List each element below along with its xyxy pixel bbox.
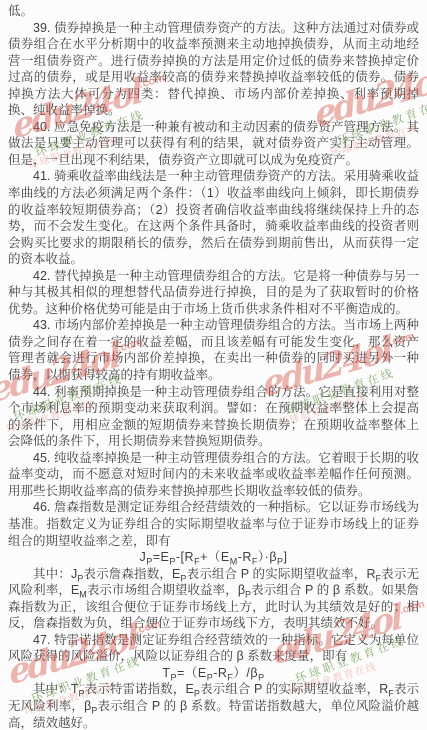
- paragraph-45-pure-yield-swap: 45. 纯收益率掉换是一种主动管理债券组合的方法。它着眼于长期的收益率变动，而不…: [8, 450, 419, 500]
- paragraph-41-riding-yield-curve: 41. 骑乘收益率曲线法是一种主动管理债券资产的方法。采用骑乘收益率曲线的方法必…: [8, 168, 419, 267]
- treynor-index-formula: TP=（EP-RF）/βP: [8, 665, 419, 682]
- paragraph-47-treynor-notes: 其中：TP表示特雷诺指数，EP表示组合 P 的实际期望收益率，RF表示无风险利率…: [8, 681, 419, 730]
- paragraph-39-bond-swap: 39. 债券掉换是一种主动管理债券资产的方法。这种方法通过对债券或债券组合在水平…: [8, 20, 419, 119]
- jensen-index-formula: JP=EP-[RF+（EM-RF）·βP]: [8, 549, 419, 566]
- paragraph-43-intermarket-spread-swap: 43. 市场内部价差掉换是一种主动管理债券组合的方法。当市场上两种债券之间存在着…: [8, 317, 419, 383]
- paragraph-42-substitution-swap: 42. 替代掉换是一种主动管理债券组合的方法。它是将一种债券与另一种与其极其相似…: [8, 268, 419, 318]
- paragraph-44-rate-anticipation-swap: 44. 利率预期掉换是一种主动管理债券组合的方法。它是直接利用对整个市场利息率的…: [8, 384, 419, 450]
- paragraph-46-jensen-index: 46. 詹森指数是测定证券组合经营绩效的一种指标。它以证券市场线为基准。指数定义…: [8, 499, 419, 549]
- scanned-document-page: 低。 39. 债券掉换是一种主动管理债券资产的方法。这种方法通过对债券或债券组合…: [0, 0, 427, 730]
- paragraph-47-treynor-index: 47. 特雷诺指数是测定证券组合经营绩效的一种指标。它定义为每单位风险获得的风险…: [8, 632, 419, 665]
- paragraph-46-jensen-notes: 其中：JP表示詹森指数，EP表示组合 P 的实际期望收益率，RF表示无风险利率，…: [8, 566, 419, 632]
- document-text: 低。 39. 债券掉换是一种主动管理债券资产的方法。这种方法通过对债券或债券组合…: [0, 0, 427, 730]
- continuation-line: 低。: [8, 3, 419, 20]
- paragraph-40-contingent-immunization: 40. 应急免疫方法是一种兼有被动和主动因素的债券资产管理方法。其做法是只要主动…: [8, 119, 419, 169]
